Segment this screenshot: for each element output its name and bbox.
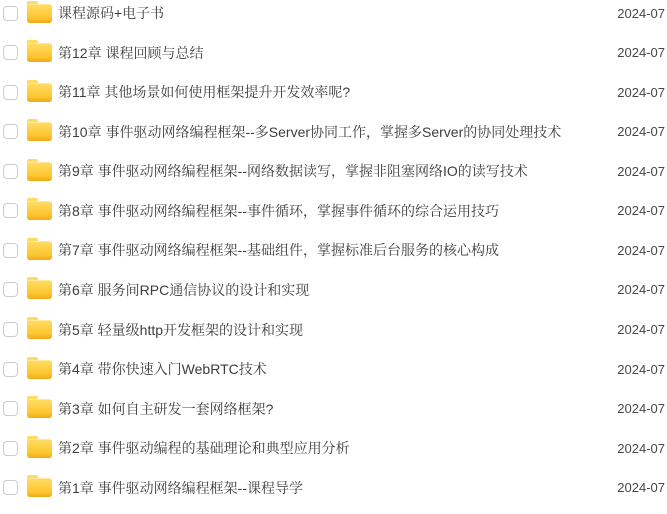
file-row[interactable]: 第5章 轻量级http开发框架的设计和实现 2024-07 (0, 316, 667, 356)
file-date: 2024-07 (607, 124, 665, 139)
file-row[interactable]: 第11章 其他场景如何使用框架提升开发效率呢? 2024-07 (0, 79, 667, 119)
file-date: 2024-07 (607, 203, 665, 218)
folder-icon[interactable] (27, 478, 52, 497)
folder-icon-body (27, 4, 52, 23)
folder-icon-body (27, 43, 52, 62)
file-name[interactable]: 第8章 事件驱动网络编程框架--事件循环，掌握事件循环的综合运用技巧 (58, 201, 499, 221)
row-checkbox[interactable] (3, 203, 18, 218)
file-date: 2024-07 (607, 441, 665, 456)
folder-icon-body (27, 399, 52, 418)
folder-icon-body (27, 478, 52, 497)
folder-icon[interactable] (27, 320, 52, 339)
file-name[interactable]: 第1章 事件驱动网络编程框架--课程导学 (58, 478, 303, 498)
row-checkbox[interactable] (3, 362, 18, 377)
row-checkbox[interactable] (3, 6, 18, 21)
folder-icon[interactable] (27, 83, 52, 102)
folder-icon[interactable] (27, 439, 52, 458)
file-date: 2024-07 (607, 45, 665, 60)
file-row[interactable]: 第12章 课程回顾与总结 2024-07 (0, 40, 667, 80)
file-row[interactable]: 第9章 事件驱动网络编程框架--网络数据读写，掌握非阻塞网络IO的读写技术 20… (0, 158, 667, 198)
folder-icon[interactable] (27, 360, 52, 379)
file-row[interactable]: 第8章 事件驱动网络编程框架--事件循环，掌握事件循环的综合运用技巧 2024-… (0, 198, 667, 238)
file-date: 2024-07 (607, 480, 665, 495)
file-name[interactable]: 第6章 服务间RPC通信协议的设计和实现 (58, 280, 309, 300)
row-checkbox[interactable] (3, 45, 18, 60)
file-name[interactable]: 课程源码+电子书 (58, 3, 164, 23)
row-checkbox[interactable] (3, 401, 18, 416)
file-row[interactable]: 课程源码+电子书 2024-07 (0, 0, 667, 40)
folder-icon-body (27, 280, 52, 299)
file-date: 2024-07 (607, 322, 665, 337)
folder-icon-body (27, 241, 52, 260)
file-name[interactable]: 第10章 事件驱动网络编程框架--多Server协同工作，掌握多Server的协… (58, 122, 561, 142)
file-name[interactable]: 第9章 事件驱动网络编程框架--网络数据读写，掌握非阻塞网络IO的读写技术 (58, 161, 528, 181)
file-date: 2024-07 (607, 243, 665, 258)
folder-icon[interactable] (27, 201, 52, 220)
folder-icon-body (27, 360, 52, 379)
row-checkbox[interactable] (3, 243, 18, 258)
folder-icon-body (27, 201, 52, 220)
row-checkbox[interactable] (3, 322, 18, 337)
row-checkbox[interactable] (3, 124, 18, 139)
file-name[interactable]: 第7章 事件驱动网络编程框架--基础组件，掌握标准后台服务的核心构成 (58, 240, 499, 260)
row-checkbox[interactable] (3, 164, 18, 179)
file-row[interactable]: 第3章 如何自主研发一套网络框架? 2024-07 (0, 395, 667, 435)
row-checkbox[interactable] (3, 282, 18, 297)
file-row[interactable]: 第2章 事件驱动编程的基础理论和典型应用分析 2024-07 (0, 435, 667, 475)
file-list: 课程源码+电子书 2024-07 第12章 课程回顾与总结 2024-07 第1… (0, 0, 667, 514)
row-checkbox[interactable] (3, 441, 18, 456)
file-name[interactable]: 第3章 如何自主研发一套网络框架? (58, 399, 273, 419)
file-name[interactable]: 第4章 带你快速入门WebRTC技术 (58, 359, 267, 379)
file-date: 2024-07 (607, 85, 665, 100)
file-date: 2024-07 (607, 282, 665, 297)
row-checkbox[interactable] (3, 480, 18, 495)
file-row[interactable]: 第6章 服务间RPC通信协议的设计和实现 2024-07 (0, 277, 667, 317)
folder-icon[interactable] (27, 399, 52, 418)
file-row[interactable]: 第7章 事件驱动网络编程框架--基础组件，掌握标准后台服务的核心构成 2024-… (0, 237, 667, 277)
folder-icon[interactable] (27, 43, 52, 62)
folder-icon-body (27, 320, 52, 339)
file-date: 2024-07 (607, 362, 665, 377)
folder-icon[interactable] (27, 241, 52, 260)
file-date: 2024-07 (607, 6, 665, 21)
folder-icon[interactable] (27, 122, 52, 141)
file-name[interactable]: 第11章 其他场景如何使用框架提升开发效率呢? (58, 82, 350, 102)
folder-icon[interactable] (27, 4, 52, 23)
file-name[interactable]: 第5章 轻量级http开发框架的设计和实现 (58, 320, 303, 340)
file-name[interactable]: 第2章 事件驱动编程的基础理论和典型应用分析 (58, 438, 350, 458)
folder-icon-body (27, 83, 52, 102)
file-date: 2024-07 (607, 164, 665, 179)
file-name[interactable]: 第12章 课程回顾与总结 (58, 43, 203, 63)
folder-icon-body (27, 122, 52, 141)
file-row[interactable]: 第1章 事件驱动网络编程框架--课程导学 2024-07 (0, 474, 667, 514)
folder-icon[interactable] (27, 162, 52, 181)
folder-icon-body (27, 439, 52, 458)
file-date: 2024-07 (607, 401, 665, 416)
folder-icon[interactable] (27, 280, 52, 299)
file-row[interactable]: 第4章 带你快速入门WebRTC技术 2024-07 (0, 356, 667, 396)
folder-icon-body (27, 162, 52, 181)
row-checkbox[interactable] (3, 85, 18, 100)
file-row[interactable]: 第10章 事件驱动网络编程框架--多Server协同工作，掌握多Server的协… (0, 119, 667, 159)
